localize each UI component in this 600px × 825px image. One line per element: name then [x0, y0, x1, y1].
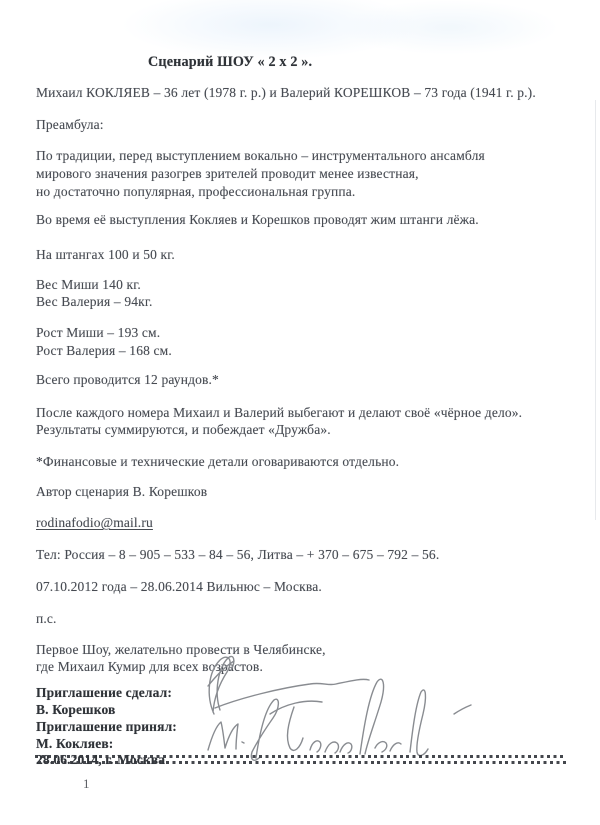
doc-line: Вес Миши 140 кг.: [36, 276, 141, 294]
signature-block-line: Приглашение принял:: [36, 718, 177, 736]
doc-line: *Финансовые и технические детали оговари…: [36, 453, 399, 471]
doc-line: Всего проводится 12 раундов.*: [36, 371, 219, 389]
signature-block-line: В. Корешков: [36, 701, 115, 719]
doc-line: Вес Валерия – 94кг.: [36, 293, 153, 311]
doc-line: Рост Валерия – 168 см.: [36, 342, 172, 360]
doc-line: Преамбула:: [36, 116, 104, 134]
doc-line: п.с.: [36, 610, 57, 628]
scan-artifact: [340, 0, 560, 55]
scan-edge-artifact: [595, 100, 596, 520]
doc-line: Автор сценария В. Корешков: [36, 483, 207, 501]
doc-title: Сценарий ШОУ « 2 х 2 ».: [148, 53, 312, 71]
doc-line: Во время её выступления Кокляев и Корешк…: [36, 211, 479, 229]
phone-line: Тел: Россия – 8 – 905 – 533 – 84 – 56, Л…: [36, 546, 439, 564]
doc-line: Михаил КОКЛЯЕВ – 36 лет (1978 г. р.) и В…: [36, 84, 536, 102]
doc-line: но достаточно популярная, профессиональн…: [36, 183, 355, 201]
dotted-separator: [35, 755, 566, 765]
dates-line: 07.10.2012 года – 28.06.2014 Вильнюс – М…: [36, 578, 322, 596]
doc-line: По традиции, перед выступлением вокально…: [36, 147, 485, 165]
koklyaev-signature: [208, 679, 471, 760]
doc-line: Рост Миши – 193 см.: [36, 324, 160, 342]
doc-line: мирового значения разогрев зрителей пров…: [36, 165, 419, 183]
scanned-document-page: Сценарий ШОУ « 2 х 2 ». Михаил КОКЛЯЕВ –…: [0, 0, 600, 825]
scan-artifact: [120, 0, 420, 60]
signature-block-line: Приглашение сделал:: [36, 684, 172, 702]
doc-line: На штангах 100 и 50 кг.: [36, 246, 175, 264]
email-text: rodinafodio@mail.ru: [36, 514, 153, 532]
handwritten-signatures: [170, 652, 480, 772]
doc-line: Результаты суммируются, и побеждает «Дру…: [36, 421, 331, 439]
doc-line: После каждого номера Михаил и Валерий вы…: [36, 404, 522, 422]
page-number: 1: [83, 776, 90, 792]
